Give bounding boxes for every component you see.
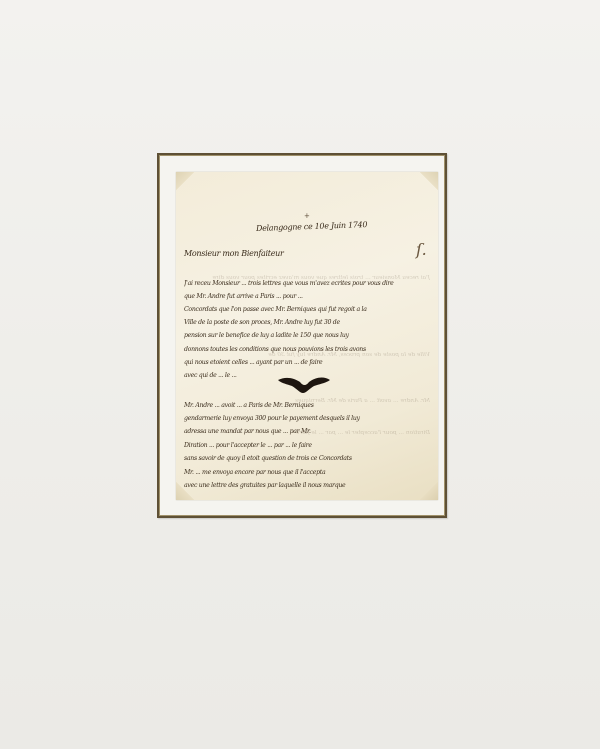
letter-line: adressa une mandat par nous que ... par … xyxy=(184,428,432,435)
ink-blot xyxy=(276,374,331,394)
margin-mark: ſ. xyxy=(416,240,426,259)
letter-line: Mr. Andre ... avoit ... a Paris de Mr. B… xyxy=(184,402,432,409)
letter-line: donnons toutes les conditions que nous p… xyxy=(184,346,432,353)
letter-line: avec une lettre des gratuites par laquel… xyxy=(184,482,432,489)
letter-line: qui nous etoient celles ... ayant par un… xyxy=(184,359,432,366)
corner-mount xyxy=(176,172,194,190)
letter-greeting: Monsieur mon Bienfaiteur xyxy=(184,249,284,258)
letter-line: pension sur le benefice de luy a ladite … xyxy=(184,332,432,339)
letter-line: Mr. ... me envoya encore par nous que il… xyxy=(184,469,432,476)
letter-line: Diration ... pour l'accepter le ... par … xyxy=(184,442,432,449)
letter-dateline: Delangogne ce 10e Juin 1740 xyxy=(256,220,367,233)
letter-line: J'ai receu Monsieur ... trois lettres qu… xyxy=(184,280,432,287)
corner-mount xyxy=(420,172,438,190)
letter-line: Concordats que l'on passe avec Mr. Berni… xyxy=(184,306,432,313)
letter-paper: J'ai receu Monsieur ... trois lettres qu… xyxy=(176,172,438,500)
letter-line: Ville de la poste de son proces, Mr. And… xyxy=(184,319,432,326)
letter-line: que Mr. Andre fut arrive a Paris ... pou… xyxy=(184,293,432,300)
letter-line: gendarmerie luy envoya 300 pour le payem… xyxy=(184,415,432,422)
letter-line: sans savoir de quoy il etoit question de… xyxy=(184,455,432,462)
cross-mark: + xyxy=(304,212,310,220)
